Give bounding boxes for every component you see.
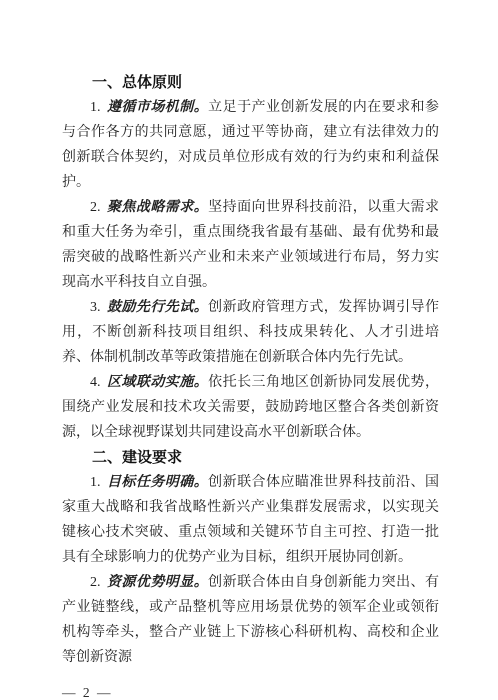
paragraph-lead: 区域联动实施。 xyxy=(107,375,209,390)
paragraph-number: 1. xyxy=(90,100,101,115)
paragraph-lead: 遵循市场机制。 xyxy=(107,100,209,115)
paragraph-number: 3. xyxy=(90,300,101,315)
paragraph: 3.鼓励先行先试。创新政府管理方式，发挥协调引导作用，不断创新科技项目组织、科技… xyxy=(62,295,439,370)
paragraph-number: 1. xyxy=(90,475,101,490)
paragraph-number: 2. xyxy=(90,575,101,590)
document-page: 一、总体原则 1.遵循市场机制。立足于产业创新发展的内在要求和参与合作各方的共同… xyxy=(0,0,498,700)
paragraph-number: 4. xyxy=(90,375,101,390)
section-heading-general-principles: 一、总体原则 xyxy=(62,70,439,95)
paragraph-lead: 资源优势明显。 xyxy=(107,575,209,590)
paragraph-lead: 鼓励先行先试。 xyxy=(107,300,209,315)
paragraph-lead: 目标任务明确。 xyxy=(107,475,209,490)
section-heading-construction-requirements: 二、建设要求 xyxy=(62,445,439,470)
paragraph: 2.资源优势明显。创新联合体由自身创新能力突出、有产业链整线，或产品整机等应用场… xyxy=(62,570,439,670)
paragraph: 1.遵循市场机制。立足于产业创新发展的内在要求和参与合作各方的共同意愿，通过平等… xyxy=(62,95,439,195)
paragraph-lead: 聚焦战略需求。 xyxy=(107,200,209,215)
paragraph: 4.区域联动实施。依托长三角地区创新协同发展优势，围绕产业发展和技术攻关需要，鼓… xyxy=(62,370,439,445)
paragraph-number: 2. xyxy=(90,200,101,215)
paragraph: 1.目标任务明确。创新联合体应瞄准世界科技前沿、国家重大战略和我省战略性新兴产业… xyxy=(62,470,439,570)
page-number: — 2 — xyxy=(62,680,439,700)
paragraph: 2.聚焦战略需求。坚持面向世界科技前沿，以重大需求和重大任务为牵引，重点围绕我省… xyxy=(62,195,439,295)
